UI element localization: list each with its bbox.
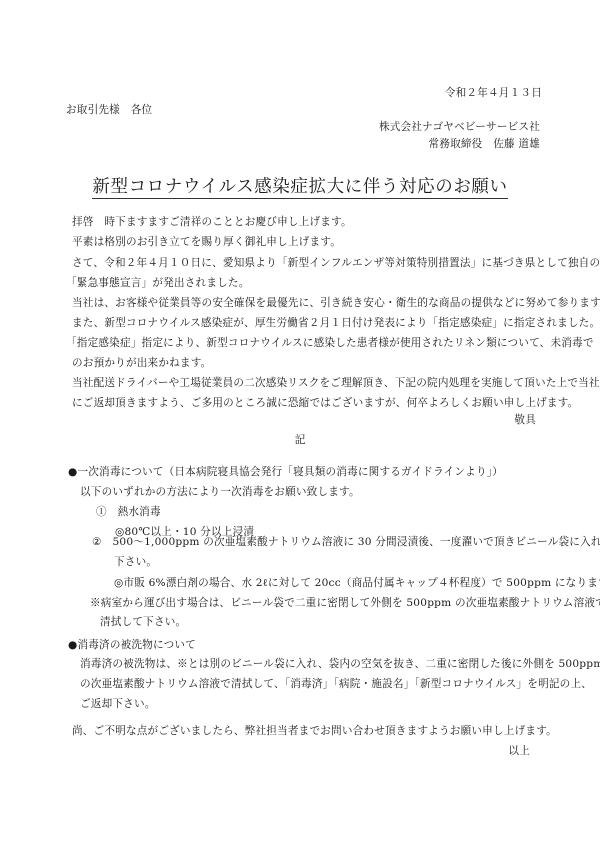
method1-label: ① 熱水消毒	[96, 505, 161, 519]
note-line1: ※病室から運び出す場合は、ビニール袋で二重に密閉して外側を 500ppm の次亜…	[90, 596, 600, 610]
section1-heading: ●一次消毒について（日本病院寝具協会発行「寝具類の消毒に関するガイドラインより」…	[68, 465, 503, 479]
section2-heading: ●消毒済の被洗物について	[68, 638, 196, 652]
body-line: 拝啓 時下ますますご清祥のこととお慶び申し上げます。	[72, 215, 352, 229]
sender-signatory: 常務取締役 佐藤 道雄	[428, 137, 540, 151]
ki-heading: 記	[0, 432, 600, 447]
section2-line3: ご返却下さい。	[80, 697, 156, 711]
body-line: 「緊急事態宣言」が発出されました。	[66, 276, 250, 290]
body-line: 当社は、お客様や従業員等の安全確保を最優先に、引き続き安心・衛生的な商品の提供な…	[72, 296, 600, 310]
body-line: 平素は格別のお引き立てを賜り厚く御礼申し上げます。	[72, 235, 341, 249]
closing-keigu: 敬具	[514, 413, 536, 427]
document-title-text: 新型コロナウイルス感染症拡大に伴う対応のお願い	[92, 177, 507, 199]
body-line: のお預かりが出来かねます。	[72, 356, 211, 370]
method2-line2: 下さい。	[114, 555, 157, 569]
addressee: お取引先様 各位	[66, 103, 152, 117]
body-line: また、新型コロナウイルス感染症が、厚生労働省２月１日付け発表により「指定感染症」…	[72, 316, 600, 330]
body-line: 当社配送ドライバーや工場従業員の二次感染リスクをご理解頂き、下記の院内処理を実施…	[72, 376, 600, 390]
note-line2: 清拭して下さい。	[100, 615, 186, 629]
document-title: 新型コロナウイルス感染症拡大に伴う対応のお願い	[0, 176, 600, 198]
closing-ijou: 以上	[508, 744, 530, 758]
sender-company: 株式会社ナゴヤベビーサービス社	[379, 120, 540, 134]
section1-intro: 以下のいずれかの方法により一次消毒をお願い致します。	[80, 485, 360, 499]
section2-line2: の次亜塩素酸ナトリウム溶液で清拭して、「消毒済」「病院・施設名」「新型コロナウイ…	[80, 677, 592, 691]
section2-line1: 消毒済の被洗物は、※とは別のビニール袋に入れ、袋内の空気を抜き、二重に密閉した後…	[80, 657, 600, 671]
body-line: にご返却頂きますよう、ご多用のところ誠に恐縮ではございますが、何卒よろしくお願い…	[72, 396, 578, 410]
method2-line1: ② 500～1,000ppm の次亜塩素酸ナトリウム溶液に 30 分間浸漬後、一…	[92, 535, 600, 549]
inquiry-note: 尚、ご不明な点がございましたら、弊社担当者までお問い合わせ頂きますようお願い申し…	[72, 724, 557, 738]
body-line: 「指定感染症」指定により、新型コロナウイルスに感染した患者様が使用されたリネン類…	[66, 336, 594, 350]
document-date: 令和２年４月１３日	[445, 86, 542, 100]
body-line: さて、令和２年４月１０日に、愛知県より「新型インフルエンザ等対策特別措置法」に基…	[72, 256, 600, 270]
method2-detail: ◎市販 6%漂白剤の場合、水 2ℓに対して 20cc（商品付属キャップ４杯程度）…	[114, 576, 600, 590]
